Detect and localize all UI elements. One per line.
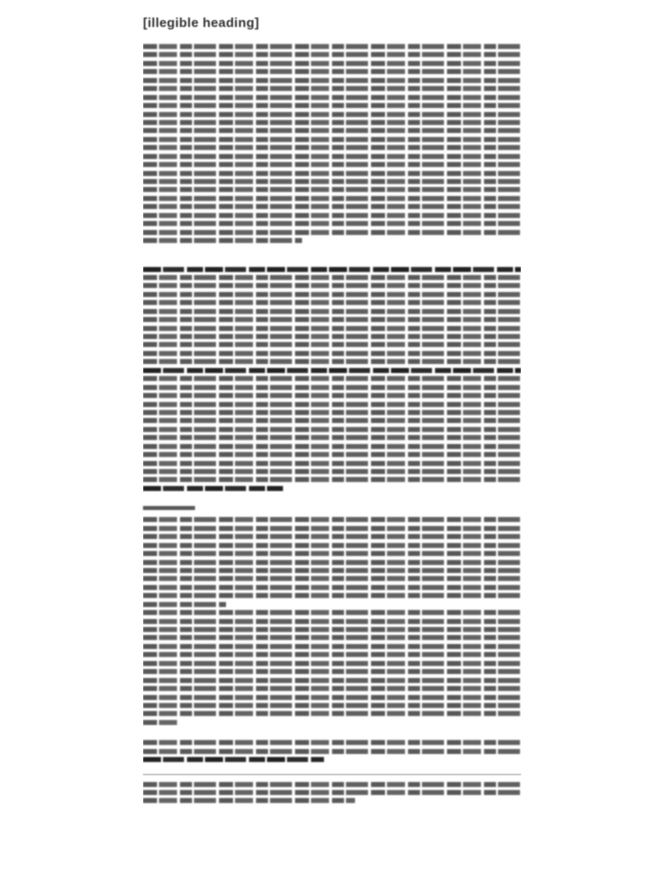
page-title: [illegible heading]: [143, 14, 521, 32]
text-line: [illegible]: [143, 625, 521, 633]
text-line: [illegible]: [143, 324, 521, 332]
text-line: [illegible]: [143, 366, 521, 374]
text-line: [illegible]: [143, 642, 521, 650]
text-line: [illegible]: [143, 236, 521, 244]
text-line: [illegible]: [143, 332, 521, 340]
text-line: [illegible]: [143, 126, 521, 134]
text-line: [illegible]: [143, 67, 521, 75]
text-line: [illegible]: [143, 169, 521, 177]
text-line: [illegible]: [143, 788, 521, 796]
text-line: [illegible]: [143, 143, 521, 151]
text-line: [illegible]: [143, 718, 521, 726]
text-line: [illegible]: [143, 532, 521, 540]
text-line: [illegible]: [143, 780, 521, 788]
text-line: [illegible]: [143, 667, 521, 675]
text-line: [illegible]: [143, 228, 521, 236]
text-line: [illegible]: [143, 315, 521, 323]
text-line: [illegible]: [143, 591, 521, 599]
text-line: [illegible]: [143, 515, 521, 523]
text-line: [illegible]: [143, 633, 521, 641]
text-line: [illegible]: [143, 755, 521, 763]
footnote-divider: [143, 774, 521, 775]
text-line: [illegible]: [143, 211, 521, 219]
text-line: [illegible]: [143, 524, 521, 532]
text-line: [illegible]: [143, 281, 521, 289]
notes-heading: [illegible]: [143, 504, 195, 513]
text-line: [illegible]: [143, 76, 521, 84]
text-line: [illegible]: [143, 693, 521, 701]
text-line: [illegible]: [143, 574, 521, 582]
text-line: [illegible]: [143, 425, 521, 433]
text-line: [illegible]: [143, 185, 521, 193]
text-line: [illegible]: [143, 583, 521, 591]
note-2: [illegible] [illegible] [illegible] [ill…: [143, 608, 521, 726]
text-line: [illegible]: [143, 177, 521, 185]
text-line: [illegible]: [143, 118, 521, 126]
text-line: [illegible]: [143, 416, 521, 424]
text-line: [illegible]: [143, 684, 521, 692]
text-line: [illegible]: [143, 219, 521, 227]
text-line: [illegible]: [143, 349, 521, 357]
text-line: [illegible]: [143, 42, 521, 50]
text-line: [illegible]: [143, 160, 521, 168]
paragraph-3: [illegible] [illegible] [illegible]: [143, 738, 521, 763]
text-line: [illegible]: [143, 307, 521, 315]
text-line: [illegible]: [143, 566, 521, 574]
text-line: [illegible]: [143, 110, 521, 118]
note-1: [illegible] [illegible] [illegible] [ill…: [143, 515, 521, 608]
text-line: [illegible]: [143, 442, 521, 450]
text-line: [illegible]: [143, 549, 521, 557]
text-line: [illegible]: [143, 433, 521, 441]
text-line: [illegible]: [143, 541, 521, 549]
paragraph-2: [illegible] [illegible] [illegible] [ill…: [143, 265, 521, 493]
text-line: [illegible]: [143, 558, 521, 566]
text-line: [illegible]: [143, 383, 521, 391]
text-line: [illegible]: [143, 84, 521, 92]
text-line: [illegible]: [143, 450, 521, 458]
text-line: [illegible]: [143, 59, 521, 67]
text-line: [illegible]: [143, 391, 521, 399]
text-line: [illegible]: [143, 408, 521, 416]
text-line: [illegible]: [143, 600, 521, 608]
text-line: [illegible]: [143, 298, 521, 306]
text-line: [illegible]: [143, 194, 521, 202]
text-line: [illegible]: [143, 617, 521, 625]
text-line: [illegible]: [143, 374, 521, 382]
text-line: [illegible]: [143, 290, 521, 298]
text-line: [illegible]: [143, 475, 521, 483]
paragraph-1: [illegible] [illegible] [illegible] [ill…: [143, 42, 521, 245]
text-line: [illegible]: [143, 484, 521, 492]
document-page: [illegible heading] [illegible] [illegib…: [143, 14, 521, 805]
text-line: [illegible]: [143, 50, 521, 58]
text-line: [illegible]: [143, 135, 521, 143]
text-line: [illegible]: [143, 608, 521, 616]
text-line: [illegible]: [143, 357, 521, 365]
text-line: [illegible]: [143, 738, 521, 746]
footnote: [illegible] [illegible] [illegible]: [143, 780, 521, 805]
text-line: [illegible]: [143, 701, 521, 709]
text-line: [illegible]: [143, 659, 521, 667]
text-line: [illegible]: [143, 400, 521, 408]
text-line: [illegible]: [143, 93, 521, 101]
text-line: [illegible]: [143, 467, 521, 475]
text-line: [illegible]: [143, 265, 521, 273]
text-line: [illegible]: [143, 459, 521, 467]
text-line: [illegible]: [143, 709, 521, 717]
text-line: [illegible]: [143, 340, 521, 348]
text-line: [illegible]: [143, 650, 521, 658]
text-line: [illegible]: [143, 273, 521, 281]
text-line: [illegible]: [143, 101, 521, 109]
text-line: [illegible]: [143, 202, 521, 210]
text-line: [illegible]: [143, 676, 521, 684]
text-line: [illegible]: [143, 747, 521, 755]
text-line: [illegible]: [143, 796, 521, 804]
text-line: [illegible]: [143, 152, 521, 160]
